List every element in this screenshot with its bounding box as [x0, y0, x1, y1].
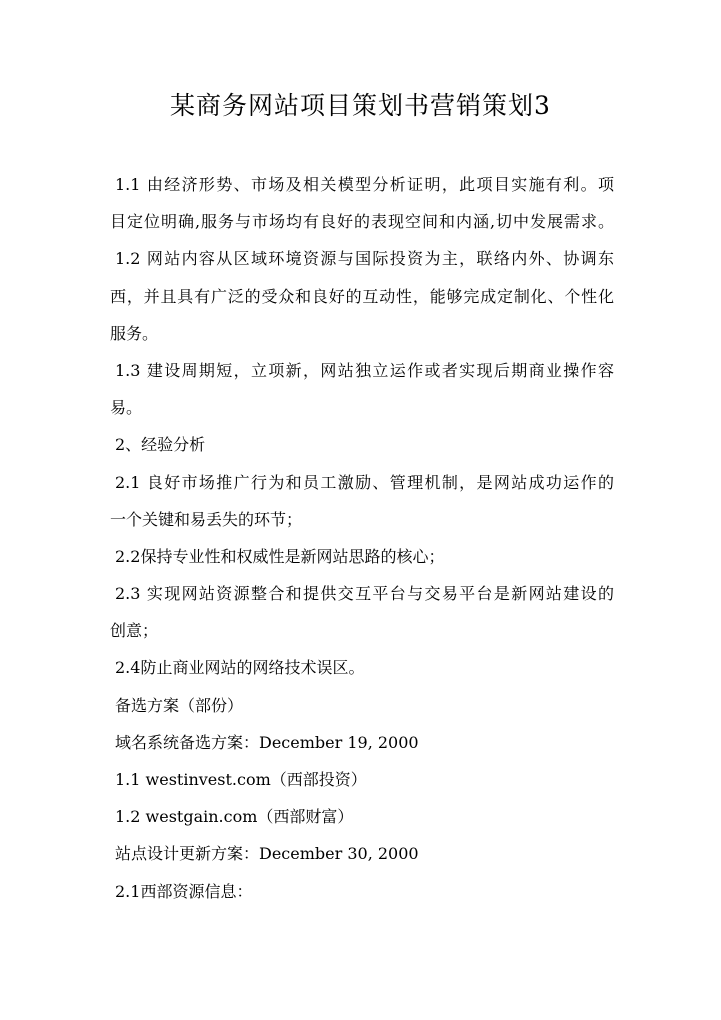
paragraph-line: 目定位明确,服务与市场均有良好的表现空间和内涵,切中发展需求。: [110, 203, 614, 240]
paragraph-line: 一个关键和易丢失的环节；: [110, 501, 614, 538]
paragraph-line: 2.4防止商业网站的网络技术误区。: [110, 649, 614, 686]
list-item: 2.1西部资源信息：: [110, 873, 614, 910]
paragraph-line: 1.2 网站内容从区域环境资源与国际投资为主，联络内外、协调东: [110, 240, 614, 277]
paragraph-line: 2.3 实现网站资源整合和提供交互平台与交易平台是新网站建设的: [110, 575, 614, 612]
paragraph-line: 域名系统备选方案：December 19, 2000: [110, 724, 614, 761]
paragraph-line: 易。: [110, 389, 614, 426]
paragraph-line: 创意；: [110, 612, 614, 649]
document-title: 某商务网站项目策划书营销策划3: [0, 88, 721, 124]
paragraph-line: 1.1 由经济形势、市场及相关模型分析证明，此项目实施有利。项: [110, 166, 614, 203]
paragraph-line: 西，并且具有广泛的受众和良好的互动性，能够完成定制化、个性化: [110, 278, 614, 315]
section-heading: 备选方案（部份）: [110, 687, 614, 724]
paragraph-line: 服务。: [110, 315, 614, 352]
paragraph-line: 1.3 建设周期短，立项新，网站独立运作或者实现后期商业操作容: [110, 352, 614, 389]
section-heading: 2、经验分析: [110, 426, 614, 463]
list-item: 1.2 westgain.com（西部财富）: [110, 798, 614, 835]
paragraph-line: 2.1 良好市场推广行为和员工激励、管理机制，是网站成功运作的: [110, 464, 614, 501]
paragraph-line: 站点设计更新方案：December 30, 2000: [110, 835, 614, 872]
paragraph-line: 2.2保持专业性和权威性是新网站思路的核心；: [110, 538, 614, 575]
list-item: 1.1 westinvest.com（西部投资）: [110, 761, 614, 798]
document-page: 某商务网站项目策划书营销策划3 1.1 由经济形势、市场及相关模型分析证明，此项…: [0, 0, 721, 1020]
document-body: 1.1 由经济形势、市场及相关模型分析证明，此项目实施有利。项 目定位明确,服务…: [110, 166, 614, 910]
